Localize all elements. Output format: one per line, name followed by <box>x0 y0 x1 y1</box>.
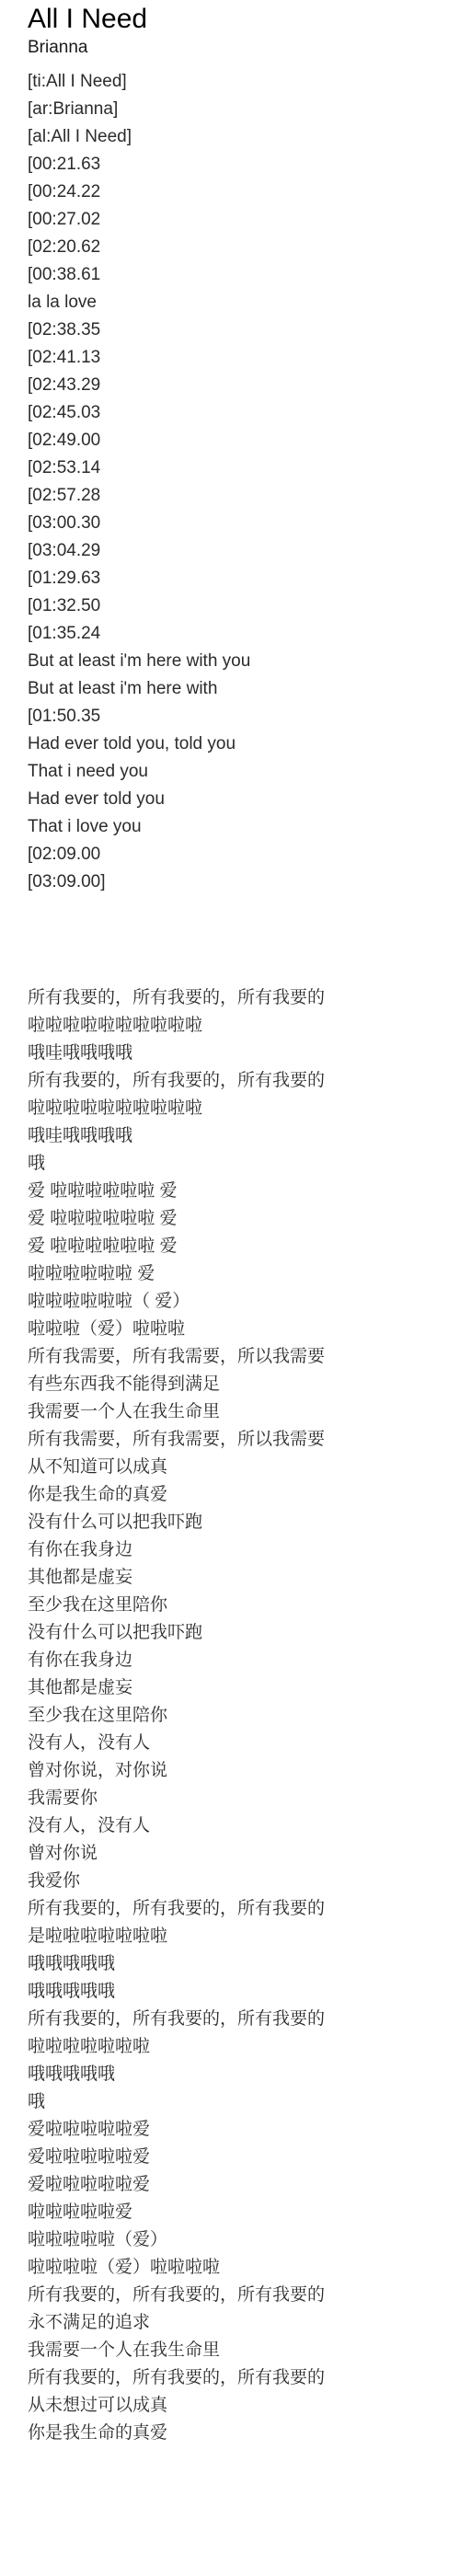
translation-line: 哦哇哦哦哦哦 <box>28 1122 451 1150</box>
lrc-line: [02:45.03 <box>28 399 451 427</box>
page-title: All I Need <box>28 4 451 35</box>
translation-line: 啦啦啦啦（爱）啦啦啦啦 <box>28 2254 451 2282</box>
lrc-line: [02:49.00 <box>28 427 451 454</box>
translation-line: 至少我在这里陪你 <box>28 1592 451 1619</box>
lrc-line: [00:27.02 <box>28 206 451 234</box>
translation-line: 我需要你 <box>28 1785 451 1812</box>
translation-line: 我需要一个人在我生命里 <box>28 2337 451 2364</box>
lrc-line: [01:29.63 <box>28 565 451 592</box>
translation-line: 哦 <box>28 2088 451 2116</box>
lrc-line: [01:50.35 <box>28 703 451 730</box>
lrc-line: But at least i'm here with you <box>28 648 451 675</box>
lrc-line: [00:38.61 <box>28 261 451 289</box>
translation-line: 啦啦啦（爱）啦啦啦 <box>28 1316 451 1343</box>
translation-line: 没有人，没有人 <box>28 1812 451 1840</box>
lrc-line: la la love <box>28 289 451 316</box>
translation-lyrics-section: 所有我要的，所有我要的，所有我要的啦啦啦啦啦啦啦啦啦啦哦哇哦哦哦哦所有我要的，所… <box>28 984 451 2447</box>
translation-line: 爱啦啦啦啦啦爱 <box>28 2116 451 2144</box>
translation-line: 爱啦啦啦啦啦爱 <box>28 2144 451 2171</box>
lrc-line: [03:04.29 <box>28 537 451 565</box>
translation-line: 哦哦哦哦哦 <box>28 2061 451 2088</box>
translation-line: 永不满足的追求 <box>28 2309 451 2337</box>
translation-line: 没有人，没有人 <box>28 1730 451 1757</box>
lrc-line: [ar:Brianna] <box>28 96 451 123</box>
translation-line: 有些东西我不能得到满足 <box>28 1371 451 1398</box>
lrc-line: [02:41.13 <box>28 344 451 372</box>
translation-line: 哦 <box>28 1150 451 1178</box>
lrc-line: Had ever told you <box>28 786 451 813</box>
lrc-line: [00:24.22 <box>28 178 451 206</box>
translation-line: 曾对你说，对你说 <box>28 1757 451 1785</box>
translation-line: 从未想过可以成真 <box>28 2392 451 2420</box>
translation-line: 其他都是虚妄 <box>28 1674 451 1702</box>
translation-line: 所有我要的，所有我要的，所有我要的 <box>28 1895 451 1923</box>
lrc-line: [02:09.00 <box>28 841 451 868</box>
translation-line: 所有我要的，所有我要的，所有我要的 <box>28 2282 451 2309</box>
translation-line: 哦哦哦哦哦 <box>28 1950 451 1978</box>
lrc-line: [ti:All I Need] <box>28 68 451 96</box>
translation-line: 啦啦啦啦啦啦啦啦啦啦 <box>28 1012 451 1040</box>
lrc-line: [01:35.24 <box>28 620 451 648</box>
lrc-line: [al:All I Need] <box>28 123 451 151</box>
lrc-lyrics-section: [ti:All I Need][ar:Brianna][al:All I Nee… <box>28 68 451 896</box>
lrc-line: [03:09.00] <box>28 868 451 896</box>
translation-line: 从不知道可以成真 <box>28 1454 451 1481</box>
translation-line: 哦哦哦哦哦 <box>28 1978 451 2006</box>
lrc-line: But at least i'm here with <box>28 675 451 703</box>
translation-line: 啦啦啦啦啦啦啦 <box>28 2033 451 2061</box>
translation-line: 所有我要的，所有我要的，所有我要的 <box>28 1067 451 1095</box>
lrc-line: [02:53.14 <box>28 454 451 482</box>
translation-line: 啦啦啦啦啦啦啦啦啦啦 <box>28 1095 451 1122</box>
translation-line: 爱 啦啦啦啦啦啦 爱 <box>28 1205 451 1233</box>
translation-line: 爱 啦啦啦啦啦啦 爱 <box>28 1178 451 1205</box>
translation-line: 所有我要的，所有我要的，所有我要的 <box>28 2006 451 2033</box>
translation-line: 有你在我身边 <box>28 1647 451 1674</box>
translation-line: 啦啦啦啦啦（爱） <box>28 2226 451 2254</box>
translation-line: 哦哇哦哦哦哦 <box>28 1040 451 1067</box>
translation-line: 啦啦啦啦啦爱 <box>28 2199 451 2226</box>
lrc-line: Had ever told you, told you <box>28 730 451 758</box>
translation-line: 是啦啦啦啦啦啦啦 <box>28 1923 451 1950</box>
translation-line: 至少我在这里陪你 <box>28 1702 451 1730</box>
lrc-line: [03:00.30 <box>28 510 451 537</box>
artist-name: Brianna <box>28 37 451 59</box>
lrc-line: [00:21.63 <box>28 151 451 178</box>
translation-line: 爱啦啦啦啦啦爱 <box>28 2171 451 2199</box>
lrc-line: [02:43.29 <box>28 372 451 399</box>
lyrics-page: All I Need Brianna [ti:All I Need][ar:Br… <box>0 0 460 2447</box>
translation-line: 我爱你 <box>28 1868 451 1895</box>
lrc-line: [02:57.28 <box>28 482 451 510</box>
translation-line: 所有我需要，所有我需要，所以我需要 <box>28 1426 451 1454</box>
lrc-line: That i need you <box>28 758 451 786</box>
translation-line: 我需要一个人在我生命里 <box>28 1398 451 1426</box>
translation-line: 所有我要的，所有我要的，所有我要的 <box>28 984 451 1012</box>
lrc-line: That i love you <box>28 813 451 841</box>
lrc-line: [02:20.62 <box>28 234 451 261</box>
translation-line: 有你在我身边 <box>28 1536 451 1564</box>
translation-line: 爱 啦啦啦啦啦啦 爱 <box>28 1233 451 1260</box>
lrc-line: [01:32.50 <box>28 592 451 620</box>
translation-line: 你是我生命的真爱 <box>28 1481 451 1509</box>
translation-line: 曾对你说 <box>28 1840 451 1868</box>
lrc-line: [02:38.35 <box>28 316 451 344</box>
translation-line: 所有我要的，所有我要的，所有我要的 <box>28 2364 451 2392</box>
translation-line: 啦啦啦啦啦啦（ 爱） <box>28 1288 451 1316</box>
translation-line: 所有我需要，所有我需要，所以我需要 <box>28 1343 451 1371</box>
translation-line: 没有什么可以把我吓跑 <box>28 1619 451 1647</box>
translation-line: 其他都是虚妄 <box>28 1564 451 1592</box>
translation-line: 啦啦啦啦啦啦 爱 <box>28 1260 451 1288</box>
translation-line: 你是我生命的真爱 <box>28 2420 451 2447</box>
translation-line: 没有什么可以把我吓跑 <box>28 1509 451 1536</box>
